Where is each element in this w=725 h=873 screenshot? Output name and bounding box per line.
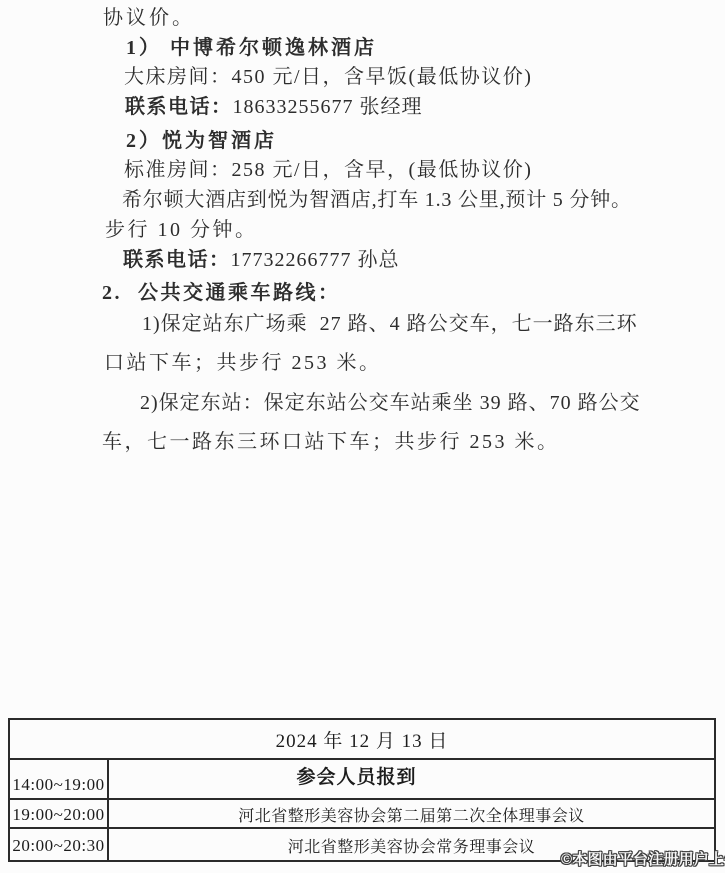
event-cell: 参会人员报到	[108, 759, 715, 799]
hotel2-distance-line-2: 步行 10 分钟。	[105, 217, 258, 243]
route1-line-2: 口站下车；共步行 253 米。	[104, 350, 382, 376]
hotel2-heading: 2）悦为智酒店	[126, 128, 277, 154]
hotel2-distance-line-1: 希尔顿大酒店到悦为智酒店,打车 1.3 公里,预计 5 分钟。	[122, 187, 632, 213]
table-row: 19:00~20:00 河北省整形美容协会第二届第二次全体理事会议	[9, 799, 715, 828]
transport-heading-number: 2.	[102, 282, 122, 304]
date-header-cell: 2024 年 12 月 13 日	[9, 719, 715, 759]
time-cell: 14:00~19:00	[9, 759, 108, 799]
route1-line-1: 1)保定站东广场乘 27 路、4 路公交车，七一路东三环	[142, 311, 638, 337]
transport-heading-text: 公共交通乘车路线：	[138, 282, 341, 304]
hotel1-heading: 1） 中博希尔顿逸林酒店	[126, 35, 377, 61]
table-row-date: 2024 年 12 月 13 日	[9, 719, 715, 759]
time-cell: 20:00~20:30	[9, 828, 108, 861]
hotel2-room-line: 标准房间：258 元/日，含早，(最低协议价)	[124, 157, 532, 183]
hotel1-room-line: 大床房间：450 元/日，含早饭(最低协议价)	[124, 64, 532, 90]
event-cell: 河北省整形美容协会第二届第二次全体理事会议	[108, 799, 715, 828]
route2-line-1: 2)保定东站：保定东站公交车站乘坐 39 路、70 路公交	[140, 390, 641, 416]
table-row: 14:00~19:00 参会人员报到	[9, 759, 715, 799]
intro-line: 协议价。	[103, 5, 195, 31]
document-page: 协议价。 1） 中博希尔顿逸林酒店 大床房间：450 元/日，含早饭(最低协议价…	[0, 0, 725, 873]
transport-heading-line: 2.公共交通乘车路线：	[102, 280, 341, 306]
hotel1-contact-label: 联系电话：	[125, 96, 233, 118]
hotel2-contact-value: 17732266777 孙总	[231, 249, 400, 271]
hotel2-contact-line: 联系电话：17732266777 孙总	[123, 247, 400, 273]
copyright-watermark: ©本图由平台注册用户上传	[561, 848, 725, 869]
time-cell: 19:00~20:00	[9, 799, 108, 828]
hotel1-contact-value: 18633255677 张经理	[233, 96, 423, 118]
hotel1-contact-line: 联系电话：18633255677 张经理	[125, 94, 423, 120]
schedule-table: 2024 年 12 月 13 日 14:00~19:00 参会人员报到 19:0…	[8, 718, 716, 862]
route2-line-2: 车，七一路东三环口站下车；共步行 253 米。	[102, 429, 560, 455]
hotel2-contact-label: 联系电话：	[123, 249, 231, 271]
